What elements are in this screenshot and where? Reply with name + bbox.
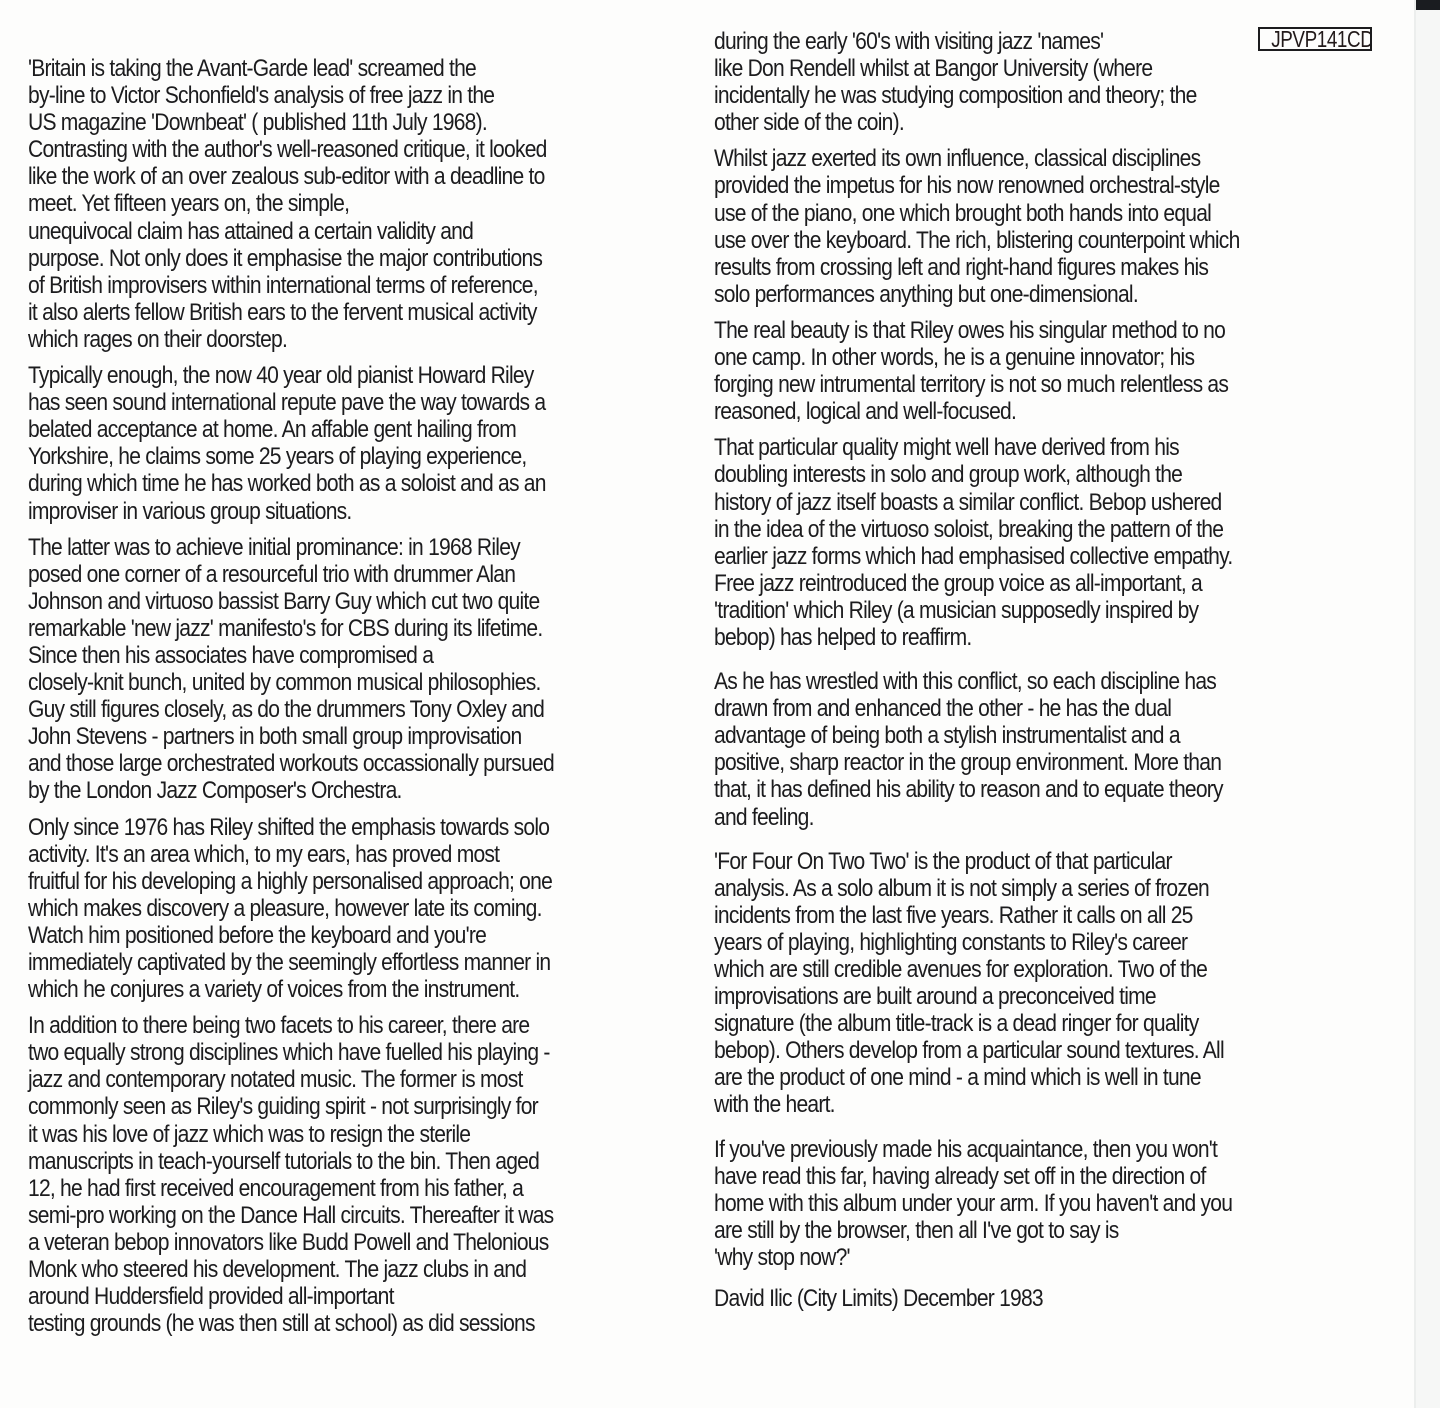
text-line: during which time he has worked both as … <box>28 470 554 497</box>
text-line: solo performances anything but one-dimen… <box>714 281 1240 308</box>
text-line: are the product of one mind - a mind whi… <box>714 1064 1240 1091</box>
text-line: Monk who steered his development. The ja… <box>28 1256 554 1283</box>
catalog-number: JPVP141CD <box>1271 29 1372 49</box>
text-line: and those large orchestrated workouts oc… <box>28 750 554 777</box>
text-line: provided the impetus for his now renowne… <box>714 172 1240 199</box>
text-line: use over the keyboard. The rich, blister… <box>714 227 1240 254</box>
text-line: during the early '60's with visiting jaz… <box>714 28 1240 55</box>
text-line: which are still credible avenues for exp… <box>714 956 1240 983</box>
text-line: bebop) has helped to reaffirm. <box>714 624 1240 651</box>
text-line: improvisations are built around a precon… <box>714 983 1240 1010</box>
text-line: like the work of an over zealous sub-edi… <box>28 163 554 190</box>
text-line: in the idea of the virtuoso soloist, bre… <box>714 516 1240 543</box>
text-line: years of playing, highlighting constants… <box>714 929 1240 956</box>
text-line: In addition to there being two facets to… <box>28 1012 554 1039</box>
text-line: two equally strong disciplines which hav… <box>28 1039 554 1066</box>
paragraph-innovator: The real beauty is that Riley owes his s… <box>714 317 1240 425</box>
text-line: have read this far, having already set o… <box>714 1163 1240 1190</box>
text-line: like Don Rendell whilst at Bangor Univer… <box>714 55 1240 82</box>
author-signature: David Ilic (City Limits) December 1983 <box>714 1285 1240 1312</box>
text-line: are still by the browser, then all I've … <box>714 1217 1240 1244</box>
text-line: Guy still figures closely, as do the dru… <box>28 696 554 723</box>
text-line: remarkable 'new jazz' manifesto's for CB… <box>28 615 554 642</box>
text-line: purpose. Not only does it emphasise the … <box>28 245 554 272</box>
text-line: meet. Yet fifteen years on, the simple, <box>28 190 554 217</box>
text-line: which he conjures a variety of voices fr… <box>28 976 554 1003</box>
text-line: by-line to Victor Schonfield's analysis … <box>28 82 554 109</box>
text-line: US magazine 'Downbeat' ( published 11th … <box>28 109 554 136</box>
text-line: As he has wrestled with this conflict, s… <box>714 668 1240 695</box>
text-line: fruitful for his developing a highly per… <box>28 868 554 895</box>
text-line: 'tradition' which Riley (a musician supp… <box>714 597 1240 624</box>
paragraph-trio: The latter was to achieve initial promin… <box>28 534 554 805</box>
paragraph-solo: Only since 1976 has Riley shifted the em… <box>28 814 554 1004</box>
text-line: and feeling. <box>714 804 1240 831</box>
left-column: 'Britain is taking the Avant-Garde lead'… <box>28 55 554 1346</box>
text-line: activity. It's an area which, to my ears… <box>28 841 554 868</box>
text-line: testing grounds (he was then still at sc… <box>28 1310 554 1337</box>
paragraph-conflict: As he has wrestled with this conflict, s… <box>714 668 1240 831</box>
text-line: reasoned, logical and well-focused. <box>714 398 1240 425</box>
right-column: during the early '60's with visiting jaz… <box>714 28 1240 1321</box>
paragraph-album: 'For Four On Two Two' is the product of … <box>714 848 1240 1119</box>
paragraph-disciplines: In addition to there being two facets to… <box>28 1012 554 1337</box>
text-line: If you've previously made his acquaintan… <box>714 1136 1240 1163</box>
text-line: immediately captivated by the seemingly … <box>28 949 554 976</box>
text-line: incidentally he was studying composition… <box>714 82 1240 109</box>
text-line: one camp. In other words, he is a genuin… <box>714 344 1240 371</box>
text-line: forging new intrumental territory is not… <box>714 371 1240 398</box>
text-line: doubling interests in solo and group wor… <box>714 461 1240 488</box>
text-line: earlier jazz forms which had emphasised … <box>714 543 1240 570</box>
text-line: That particular quality might well have … <box>714 434 1240 461</box>
text-line: results from crossing left and right-han… <box>714 254 1240 281</box>
text-line: which makes discovery a pleasure, howeve… <box>28 895 554 922</box>
text-line: incidents from the last five years. Rath… <box>714 902 1240 929</box>
text-line: Since then his associates have compromis… <box>28 642 554 669</box>
text-line: unequivocal claim has attained a certain… <box>28 218 554 245</box>
text-line: signature (the album title-track is a de… <box>714 1010 1240 1037</box>
text-line: improviser in various group situations. <box>28 498 554 525</box>
text-line: 'why stop now?' <box>714 1244 1240 1271</box>
text-line: of British improvisers within internatio… <box>28 272 554 299</box>
paragraph-classical: Whilst jazz exerted its own influence, c… <box>714 145 1240 308</box>
paragraph-bebop: That particular quality might well have … <box>714 434 1240 651</box>
text-line: 'Britain is taking the Avant-Garde lead'… <box>28 55 554 82</box>
text-line: which rages on their doorstep. <box>28 326 554 353</box>
text-line: posed one corner of a resourceful trio w… <box>28 561 554 588</box>
text-line: closely-knit bunch, united by common mus… <box>28 669 554 696</box>
text-line: analysis. As a solo album it is not simp… <box>714 875 1240 902</box>
text-line: it also alerts fellow British ears to th… <box>28 299 554 326</box>
text-line: drawn from and enhanced the other - he h… <box>714 695 1240 722</box>
text-line: Johnson and virtuoso bassist Barry Guy w… <box>28 588 554 615</box>
text-line: Typically enough, the now 40 year old pi… <box>28 362 554 389</box>
text-line: The latter was to achieve initial promin… <box>28 534 554 561</box>
text-line: other side of the coin). <box>714 109 1240 136</box>
text-line: Yorkshire, he claims some 25 years of pl… <box>28 443 554 470</box>
page-edge <box>1414 0 1440 1408</box>
text-line: Whilst jazz exerted its own influence, c… <box>714 145 1240 172</box>
text-line: by the London Jazz Composer's Orchestra. <box>28 777 554 804</box>
text-line: with the heart. <box>714 1091 1240 1118</box>
text-line: 'For Four On Two Two' is the product of … <box>714 848 1240 875</box>
text-line: that, it has defined his ability to reas… <box>714 776 1240 803</box>
text-line: The real beauty is that Riley owes his s… <box>714 317 1240 344</box>
text-line: Free jazz reintroduced the group voice a… <box>714 570 1240 597</box>
dark-corner <box>1416 0 1440 10</box>
text-line: has seen sound international repute pave… <box>28 389 554 416</box>
text-line: commonly seen as Riley's guiding spirit … <box>28 1093 554 1120</box>
text-line: it was his love of jazz which was to res… <box>28 1121 554 1148</box>
text-line: a veteran bebop innovators like Budd Pow… <box>28 1229 554 1256</box>
text-line: positive, sharp reactor in the group env… <box>714 749 1240 776</box>
text-line: belated acceptance at home. An affable g… <box>28 416 554 443</box>
text-line: semi-pro working on the Dance Hall circu… <box>28 1202 554 1229</box>
text-line: Watch him positioned before the keyboard… <box>28 922 554 949</box>
text-line: jazz and contemporary notated music. The… <box>28 1066 554 1093</box>
text-line: home with this album under your arm. If … <box>714 1190 1240 1217</box>
paragraph-continuation: during the early '60's with visiting jaz… <box>714 28 1240 136</box>
text-line: Contrasting with the author's well-reaso… <box>28 136 554 163</box>
text-line: manuscripts in teach-yourself tutorials … <box>28 1148 554 1175</box>
text-line: John Stevens - partners in both small gr… <box>28 723 554 750</box>
liner-notes-page: JPVP141CD 'Britain is taking the Avant-G… <box>0 0 1414 1408</box>
text-line: bebop). Others develop from a particular… <box>714 1037 1240 1064</box>
paragraph-intro: 'Britain is taking the Avant-Garde lead'… <box>28 55 554 353</box>
text-line: advantage of being both a stylish instru… <box>714 722 1240 749</box>
catalog-number-box: JPVP141CD <box>1258 27 1372 51</box>
text-line: 12, he had first received encouragement … <box>28 1175 554 1202</box>
paragraph-closing: If you've previously made his acquaintan… <box>714 1136 1240 1271</box>
paragraph-riley-intro: Typically enough, the now 40 year old pi… <box>28 362 554 525</box>
text-line: Only since 1976 has Riley shifted the em… <box>28 814 554 841</box>
text-line: history of jazz itself boasts a similar … <box>714 489 1240 516</box>
text-line: around Huddersfield provided all-importa… <box>28 1283 554 1310</box>
text-line: use of the piano, one which brought both… <box>714 200 1240 227</box>
